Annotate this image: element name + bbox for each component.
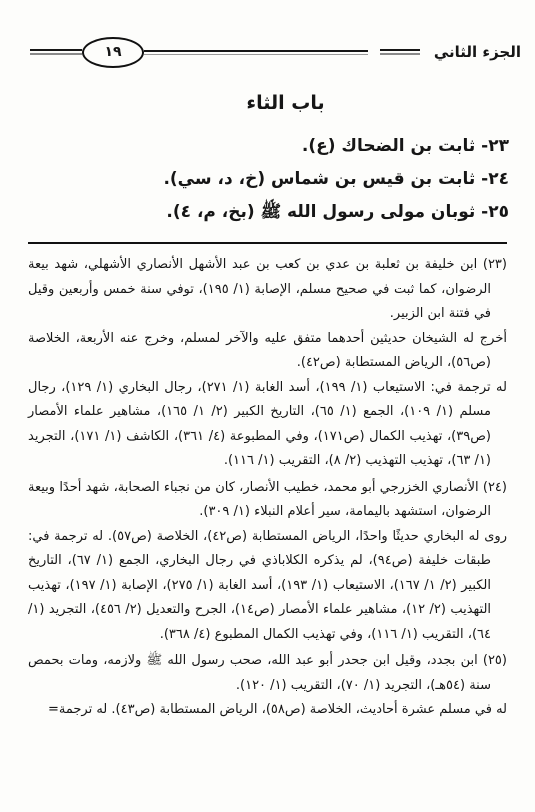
- footnote-25: (٢٥) ابن بجدد، وقيل ابن جحدر أبو عبد الل…: [28, 649, 507, 723]
- header-rule-right-segment: [380, 49, 420, 55]
- footnote-24: (٢٤) الأنصاري الخزرجي أبو محمد، خطيب الأ…: [28, 476, 507, 648]
- running-head: الجزء الثاني ١٩: [0, 38, 535, 66]
- footnote-paragraph: أخرج له الشيخان حديثين أحدهما متفق عليه …: [28, 327, 507, 376]
- entries-list: ٢٣- ثابت بن الضحاك (ع). ٢٤- ثابت بن قيس …: [0, 130, 535, 229]
- footnote-paragraph: (٢٥) ابن بجدد، وقيل ابن جحدر أبو عبد الل…: [28, 649, 507, 698]
- footnote-paragraph: روى له البخاري حديثًا واحدًا، الرياض الم…: [28, 525, 507, 648]
- chapter-title-text: باب الثاء: [246, 92, 324, 114]
- footnote-paragraph: (٢٤) الأنصاري الخزرجي أبو محمد، خطيب الأ…: [28, 476, 507, 525]
- footnote-paragraph: له في مسلم عشرة أحاديث، الخلاصة (ص٥٨)، ا…: [28, 698, 507, 723]
- page-number: ١٩: [104, 44, 121, 60]
- part-title: الجزء الثاني: [434, 43, 521, 61]
- page-number-oval: ١٩: [82, 37, 144, 68]
- entry-24: ٢٤- ثابت بن قيس بن شماس (خ، د، سي).: [30, 163, 509, 196]
- footnote-paragraph: له ترجمة في: الاستيعاب (١/ ١٩٩)، أسد الغ…: [28, 376, 507, 474]
- footnote-paragraph: (٢٣) ابن خليفة بن ثعلبة بن عدي بن كعب بن…: [28, 253, 507, 327]
- footnote-separator-rule: [28, 242, 507, 244]
- footnotes: (٢٣) ابن خليفة بن ثعلبة بن عدي بن كعب بن…: [0, 251, 535, 723]
- entry-23: ٢٣- ثابت بن الضحاك (ع).: [30, 130, 509, 163]
- header-rule-left-segment: [30, 49, 82, 55]
- entry-25: ٢٥- ثوبان مولى رسول الله ﷺ (بخ، م، ٤).: [30, 196, 509, 229]
- footnote-23: (٢٣) ابن خليفة بن ثعلبة بن عدي بن كعب بن…: [28, 253, 507, 474]
- header-rule-long: [144, 50, 368, 55]
- chapter-title: باب الثاء: [0, 92, 535, 114]
- book-page: الجزء الثاني ١٩ باب الثاء ٢٣- ثابت بن ال…: [0, 0, 535, 812]
